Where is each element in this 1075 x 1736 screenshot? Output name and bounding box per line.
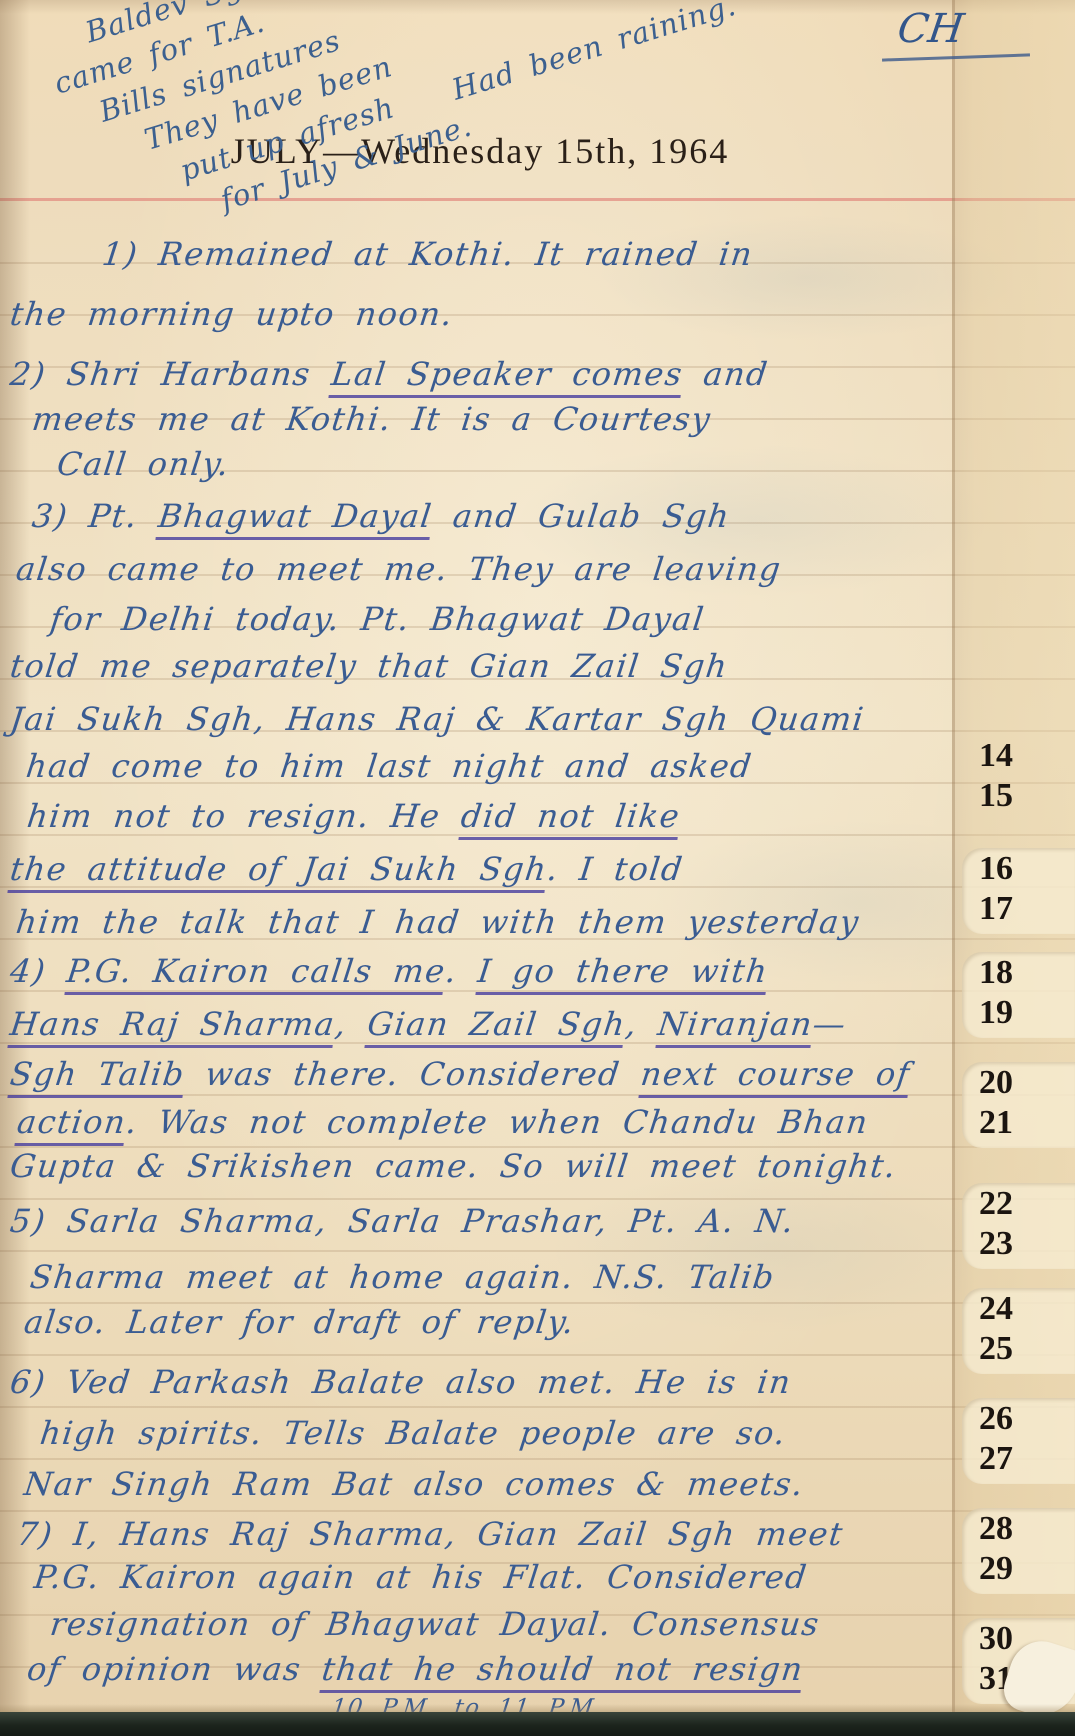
underlined-ink-text: I go there with: [475, 952, 770, 995]
ink-text: 2) Shri Harbans: [8, 355, 334, 393]
ink-text: P.G. Kairon again at his Flat. Considere…: [32, 1558, 810, 1596]
ink-text: resignation of Bhagwat Dayal. Consensus: [48, 1605, 822, 1643]
manuscript-line-8: for Delhi today. Pt. Bhagwat Dayal: [48, 600, 707, 638]
underlined-ink-text: P.G. Kairon calls me: [64, 952, 448, 995]
ink-text: told me separately that Gian Zail Sgh: [8, 647, 730, 685]
manuscript-line-20: 5) Sarla Sharma, Sarla Prashar, Pt. A. N…: [8, 1202, 797, 1240]
manuscript-line-4: meets me at Kothi. It is a Courtesy: [30, 400, 713, 438]
underlined-ink-text: did not like: [458, 797, 682, 840]
manuscript-line-22: also. Later for draft of reply.: [22, 1303, 577, 1341]
ink-text: 3) Pt.: [30, 497, 161, 535]
manuscript-line-13: the attitude of Jai Sukh Sgh. I told: [8, 850, 686, 888]
ink-text: Gupta & Srikishen came. So will meet ton…: [8, 1147, 899, 1185]
manuscript-line-16: Hans Raj Sharma, Gian Zail Sgh, Niranjan…: [8, 1005, 849, 1043]
manuscript-line-18: action. Was not complete when Chandu Bha…: [15, 1103, 871, 1141]
underlined-ink-text: Sgh Talib: [7, 1055, 187, 1098]
manuscript-line-27: P.G. Kairon again at his Flat. Considere…: [32, 1558, 810, 1596]
ink-text: meets me at Kothi. It is a Courtesy: [30, 400, 713, 438]
manuscript-line-6: 3) Pt. Bhagwat Dayal and Gulab Sgh: [30, 497, 732, 535]
manuscript-line-2: the morning upto noon.: [8, 295, 456, 333]
ink-text: 7) I, Hans Raj Sharma, Gian Zail Sgh mee…: [15, 1515, 846, 1553]
ink-text: ,: [333, 1005, 370, 1043]
ink-text: and Gulab Sgh: [430, 497, 732, 535]
diary-page: 141516171819202122232425262728293031 JUL…: [0, 0, 1075, 1736]
ink-text: the morning upto noon.: [8, 295, 456, 333]
ink-text: Nar Singh Ram Bat also comes & meets.: [22, 1465, 806, 1503]
ink-text: . I told: [545, 850, 686, 888]
ink-text: ,: [623, 1005, 660, 1043]
underlined-ink-text: Lal Speaker comes: [329, 355, 686, 398]
underlined-ink-text: Niranjan: [655, 1005, 815, 1048]
manuscript-line-11: had come to him last night and asked: [24, 747, 755, 785]
ink-text: for Delhi today. Pt. Bhagwat Dayal: [48, 600, 707, 638]
manuscript-line-15: 4) P.G. Kairon calls me. I go there with: [8, 952, 771, 990]
ink-text: 5) Sarla Sharma, Sarla Prashar, Pt. A. N…: [8, 1202, 797, 1240]
underlined-ink-text: the attitude of Jai Sukh Sgh: [7, 850, 549, 893]
manuscript-line-9: told me separately that Gian Zail Sgh: [8, 647, 730, 685]
ink-text: had come to him last night and asked: [24, 747, 755, 785]
ink-text: Jai Sukh Sgh, Hans Raj & Kartar Sgh Quam…: [8, 700, 867, 738]
ink-text: high spirits. Tells Balate people are so…: [38, 1414, 789, 1452]
ink-text: also came to meet me. They are leaving: [14, 550, 784, 588]
ink-text: 1) Remained at Kothi. It rained in: [100, 235, 755, 273]
manuscript: 1) Remained at Kothi. It rained inthe mo…: [0, 0, 1075, 1736]
underlined-ink-text: Bhagwat Dayal: [156, 497, 435, 540]
underlined-ink-text: Gian Zail Sgh: [365, 1005, 628, 1048]
ink-text: Call only.: [55, 445, 232, 483]
manuscript-line-14: him the talk that I had with them yester…: [14, 903, 862, 941]
ink-text: .: [443, 952, 480, 990]
manuscript-line-1: 1) Remained at Kothi. It rained in: [100, 235, 755, 273]
manuscript-line-17: Sgh Talib was there. Considered next cou…: [8, 1055, 913, 1093]
manuscript-line-12: him not to resign. He did not like: [25, 797, 683, 835]
ink-text: —: [811, 1005, 849, 1043]
manuscript-line-7: also came to meet me. They are leaving: [14, 550, 784, 588]
diary-cover-edge: [0, 1712, 1075, 1736]
manuscript-line-28: resignation of Bhagwat Dayal. Consensus: [48, 1605, 822, 1643]
manuscript-line-19: Gupta & Srikishen came. So will meet ton…: [8, 1147, 899, 1185]
ink-text: of opinion was: [25, 1650, 324, 1688]
manuscript-line-21: Sharma meet at home again. N.S. Talib: [28, 1258, 777, 1296]
manuscript-line-26: 7) I, Hans Raj Sharma, Gian Zail Sgh mee…: [15, 1515, 846, 1553]
manuscript-line-23: 6) Ved Parkash Balate also met. He is in: [8, 1363, 794, 1401]
ink-text: Sharma meet at home again. N.S. Talib: [28, 1258, 777, 1296]
ink-text: him not to resign. He: [25, 797, 464, 835]
manuscript-line-25: Nar Singh Ram Bat also comes & meets.: [22, 1465, 806, 1503]
underlined-ink-text: that he should not resign: [319, 1650, 806, 1693]
underlined-ink-text: Hans Raj Sharma: [7, 1005, 337, 1048]
ink-text: 4): [8, 952, 69, 990]
manuscript-line-5: Call only.: [55, 445, 232, 483]
underlined-ink-text: next course of: [638, 1055, 913, 1098]
ink-text: and: [681, 355, 771, 393]
manuscript-line-3: 2) Shri Harbans Lal Speaker comes and: [8, 355, 771, 393]
ink-text: 6) Ved Parkash Balate also met. He is in: [8, 1363, 794, 1401]
ink-text: also. Later for draft of reply.: [22, 1303, 577, 1341]
ink-text: was there. Considered: [183, 1055, 644, 1093]
underlined-ink-text: action: [14, 1103, 128, 1146]
ink-text: him the talk that I had with them yester…: [14, 903, 862, 941]
manuscript-line-24: high spirits. Tells Balate people are so…: [38, 1414, 789, 1452]
manuscript-line-10: Jai Sukh Sgh, Hans Raj & Kartar Sgh Quam…: [8, 700, 867, 738]
manuscript-line-29: of opinion was that he should not resign: [25, 1650, 806, 1688]
ink-text: . Was not complete when Chandu Bhan: [124, 1103, 871, 1141]
